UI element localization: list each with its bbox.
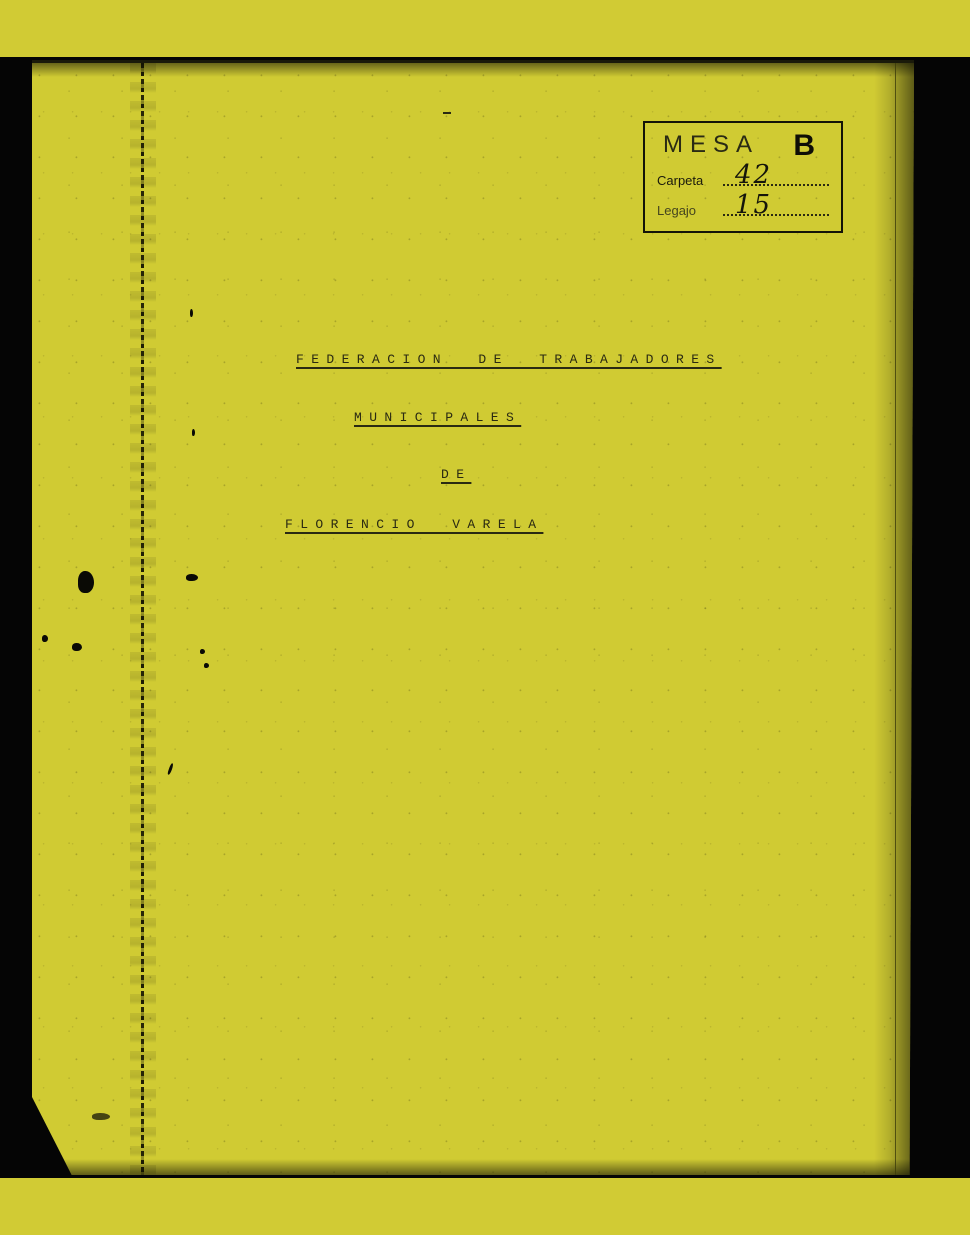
ink-stain [92, 1113, 110, 1120]
top-edge-wear [32, 63, 914, 77]
binding-fold-line [141, 63, 144, 1175]
ink-stain [167, 763, 174, 775]
title-line-florencio-varela: FLORENCIO VARELA [285, 517, 543, 532]
ink-stain [72, 643, 82, 651]
stamp-carpeta-row: Carpeta 42 [657, 173, 829, 188]
top-background-band [0, 0, 970, 57]
document-page: MESA B Carpeta 42 Legajo 15 FEDERACION D… [32, 60, 914, 1175]
carpeta-label: Carpeta [657, 173, 723, 188]
title-line-municipales: MUNICIPALES [354, 410, 521, 425]
title-line-federacion: FEDERACION DE TRABAJADORES [296, 352, 722, 367]
stamp-letter: B [793, 129, 815, 163]
ink-stain [78, 571, 94, 593]
archive-stamp: MESA B Carpeta 42 Legajo 15 [643, 121, 843, 233]
legajo-label: Legajo [657, 203, 723, 218]
ink-stain [192, 429, 195, 436]
stamp-legajo-row: Legajo 15 [657, 203, 829, 218]
ink-stain [42, 635, 48, 642]
ink-stain [190, 309, 193, 317]
ink-stain [186, 574, 198, 581]
ink-stain [200, 649, 205, 654]
ink-stain [204, 663, 209, 668]
right-edge-wear [874, 63, 914, 1175]
pencil-mark [443, 112, 451, 114]
carpeta-value: 42 [735, 160, 772, 190]
legajo-value: 15 [735, 190, 772, 220]
right-edge-crease [895, 63, 896, 1175]
title-line-de: DE [441, 467, 471, 482]
bottom-background-band [0, 1178, 970, 1235]
stamp-title: MESA [663, 131, 759, 159]
bottom-edge-wear [32, 1159, 914, 1175]
